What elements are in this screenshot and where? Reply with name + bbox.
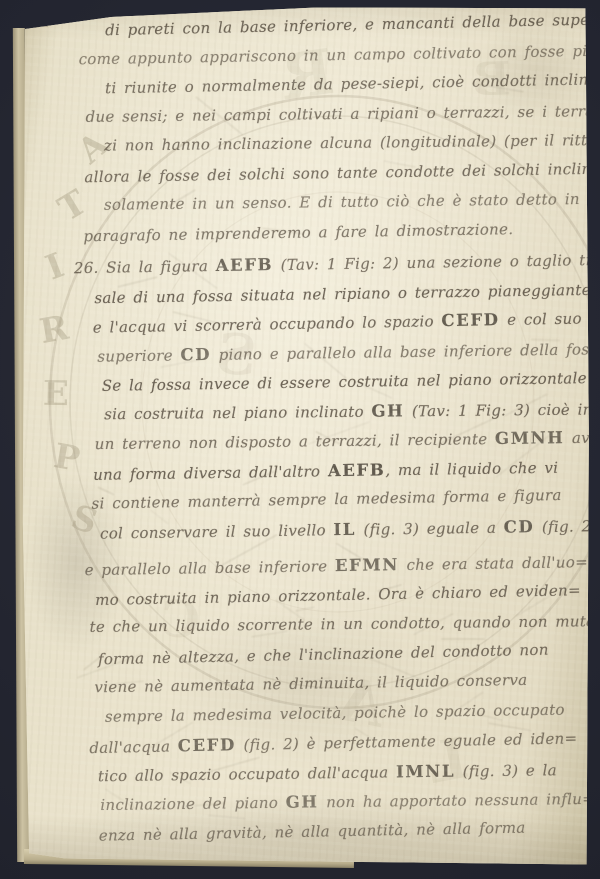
figure-label: CEFD [441, 310, 499, 330]
text-segment: una forma diversa dall'altro [93, 462, 328, 484]
text-segment: (fig. 2) [534, 517, 590, 536]
figure-label: CEFD [178, 735, 237, 755]
page-number: 14 [32, 15, 50, 32]
figure-label: IL [333, 519, 356, 538]
manuscript-page: SPERITA RBSACL 14 di pareti con la base … [20, 4, 590, 868]
figure-label: AEFB [216, 255, 274, 275]
text-segment: (Tav: 1 Fig: 3) cioè in [404, 400, 590, 420]
text-segment: avrà [564, 429, 590, 448]
text-segment: , ma il liquido che vi [385, 458, 558, 479]
stamp-letter: I [40, 245, 69, 288]
text-segment: (fig. 3) e la [455, 761, 557, 780]
stamp-letter: E [43, 374, 70, 414]
text-segment: un terreno non disposto a terrazzi, il r… [95, 430, 496, 453]
stamp-letter: R [37, 308, 72, 352]
figure-label: GH [371, 401, 404, 420]
text-segment: superiore [97, 346, 180, 365]
text-segment: e parallelo alla base inferiore [84, 557, 335, 579]
text-segment: (Tav: 1 Fig: 2) una sezione o taglio tra… [273, 250, 590, 274]
figure-label: CD [180, 344, 211, 363]
figure-label: GH [286, 792, 319, 811]
stamp-letter: P [51, 436, 83, 480]
text-segment: che era stata dall'uo= [399, 553, 588, 574]
text-segment: di pareti con la base inferiore, e manca… [105, 10, 590, 40]
scan-background: SPERITA RBSACL 14 di pareti con la base … [0, 0, 600, 879]
text-segment: e col suo pelo [499, 309, 590, 329]
text-segment: inclinazione del piano [100, 794, 286, 814]
figure-label: EFMN [335, 555, 399, 575]
text-segment: sia costruita nel piano inclinato [104, 402, 371, 423]
figure-label: IMNL [396, 761, 455, 781]
figure-label: CD [504, 517, 535, 536]
text-segment: col conservare il suo livello [100, 521, 334, 543]
text-segment: (fig. 3) eguale a [356, 518, 504, 538]
text-segment: tico allo spazio occupato dall'acqua [98, 763, 396, 785]
text-segment: dall'acqua [89, 737, 178, 757]
figure-label: GMNH [495, 428, 565, 448]
figure-label: AEFB [328, 460, 386, 480]
text-segment: e l'acqua vi scorrerà occupando lo spazi… [93, 312, 442, 337]
text-segment: non ha apportato nessuna influ= [318, 790, 590, 811]
manuscript-text: di pareti con la base inferiore, e manca… [84, 12, 590, 855]
text-segment: 26. Sia la figura [74, 257, 216, 277]
text-segment: piano e parallelo alla base inferiore de… [211, 339, 590, 363]
